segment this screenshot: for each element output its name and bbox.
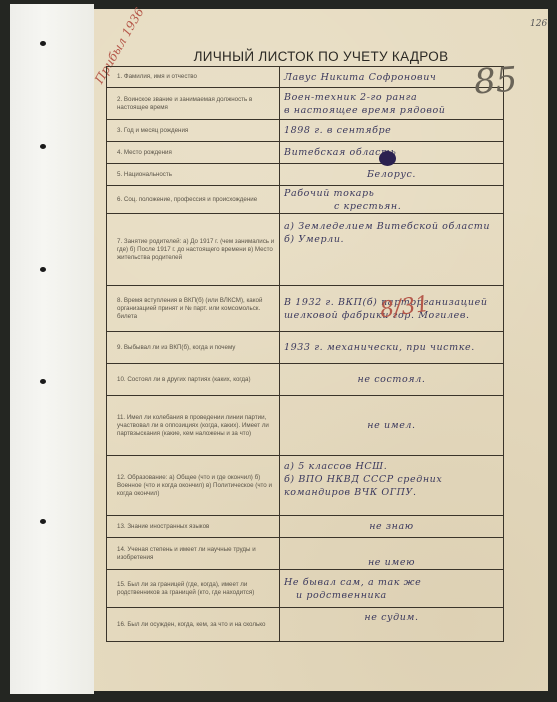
page-number: 126: [530, 19, 547, 29]
answer-field: не имею: [280, 538, 504, 570]
answer-field: а) 5 классов НСШ.б) ВПО НКВД СССР средни…: [280, 456, 504, 516]
question-label: 12. Образование: а) Общее (что и где око…: [107, 456, 280, 516]
table-row: 16. Был ли осужден, когда, кем, за что и…: [107, 608, 504, 642]
answer-field: Лавус Никита Софронович: [280, 67, 504, 88]
table-row: 4. Место рождения Витебская область: [107, 142, 504, 164]
question-label: 7. Занятие родителей: а) До 1917 г. (чем…: [107, 214, 280, 286]
question-label: 16. Был ли осужден, когда, кем, за что и…: [107, 608, 280, 642]
punch-hole: [40, 144, 46, 149]
ink-blot: [379, 151, 396, 166]
question-label: 6. Соц. положение, профессия и происхожд…: [107, 186, 280, 214]
answer-field: Рабочий токарьс крестьян.: [280, 186, 504, 214]
question-label: 9. Выбывал ли из ВКП(б), когда и почему: [107, 332, 280, 364]
punch-hole: [40, 267, 46, 272]
table-row: 12. Образование: а) Общее (что и где око…: [107, 456, 504, 516]
answer-field: Не бывал сам, а так жеи родственника: [280, 570, 504, 608]
question-label: 5. Национальность: [107, 164, 280, 186]
table-row: 9. Выбывал ли из ВКП(б), когда и почему …: [107, 332, 504, 364]
answer-field: не состоял.: [280, 364, 504, 396]
punch-hole: [40, 41, 46, 46]
binding-strip: [10, 4, 94, 694]
table-row: 7. Занятие родителей: а) До 1917 г. (чем…: [107, 214, 504, 286]
question-label: 11. Имел ли колебания в проведении линии…: [107, 396, 280, 456]
table-row: 10. Состоял ли в других партиях (каких, …: [107, 364, 504, 396]
answer-field: 1933 г. механически, при чистке.: [280, 332, 504, 364]
table-row: 8. Время вступления в ВКП(б) (или ВЛКСМ)…: [107, 286, 504, 332]
punch-hole: [40, 379, 46, 384]
question-label: 4. Место рождения: [107, 142, 280, 164]
table-row: 3. Год и месяц рождения 1898 г. в сентяб…: [107, 120, 504, 142]
personnel-record-sheet: 126 Прибыл 1936 ЛИЧНЫЙ ЛИСТОК ПО УЧЕТУ К…: [94, 9, 548, 691]
answer-field: не имел.: [280, 396, 504, 456]
question-label: 1. Фамилия, имя и отчество: [107, 67, 280, 88]
record-form-table: 1. Фамилия, имя и отчество Лавус Никита …: [106, 66, 504, 642]
answer-field: Воен-техник 2-го рангав настоящее время …: [280, 88, 504, 120]
answer-field: 1898 г. в сентябре: [280, 120, 504, 142]
question-label: 13. Знание иностранных языков: [107, 516, 280, 538]
answer-field: не судим.: [280, 608, 504, 642]
pencil-mark: 85: [473, 60, 519, 103]
table-row: 6. Соц. положение, профессия и происхожд…: [107, 186, 504, 214]
question-label: 10. Состоял ли в других партиях (каких, …: [107, 364, 280, 396]
question-label: 15. Был ли за границей (где, когда), име…: [107, 570, 280, 608]
table-row: 14. Ученая степень и имеет ли научные тр…: [107, 538, 504, 570]
table-row: 2. Воинское звание и занимаемая должност…: [107, 88, 504, 120]
table-row: 1. Фамилия, имя и отчество Лавус Никита …: [107, 67, 504, 88]
question-label: 3. Год и месяц рождения: [107, 120, 280, 142]
question-label: 8. Время вступления в ВКП(б) (или ВЛКСМ)…: [107, 286, 280, 332]
answer-field: Белорус.: [280, 164, 504, 186]
punch-hole: [40, 519, 46, 524]
table-row: 5. Национальность Белорус.: [107, 164, 504, 186]
answer-field: не знаю: [280, 516, 504, 538]
question-label: 2. Воинское звание и занимаемая должност…: [107, 88, 280, 120]
table-row: 15. Был ли за границей (где, когда), име…: [107, 570, 504, 608]
table-row: 13. Знание иностранных языков не знаю: [107, 516, 504, 538]
question-label: 14. Ученая степень и имеет ли научные тр…: [107, 538, 280, 570]
answer-field: а) Земледелием Витебской областиб) Умерл…: [280, 214, 504, 286]
table-row: 11. Имел ли колебания в проведении линии…: [107, 396, 504, 456]
